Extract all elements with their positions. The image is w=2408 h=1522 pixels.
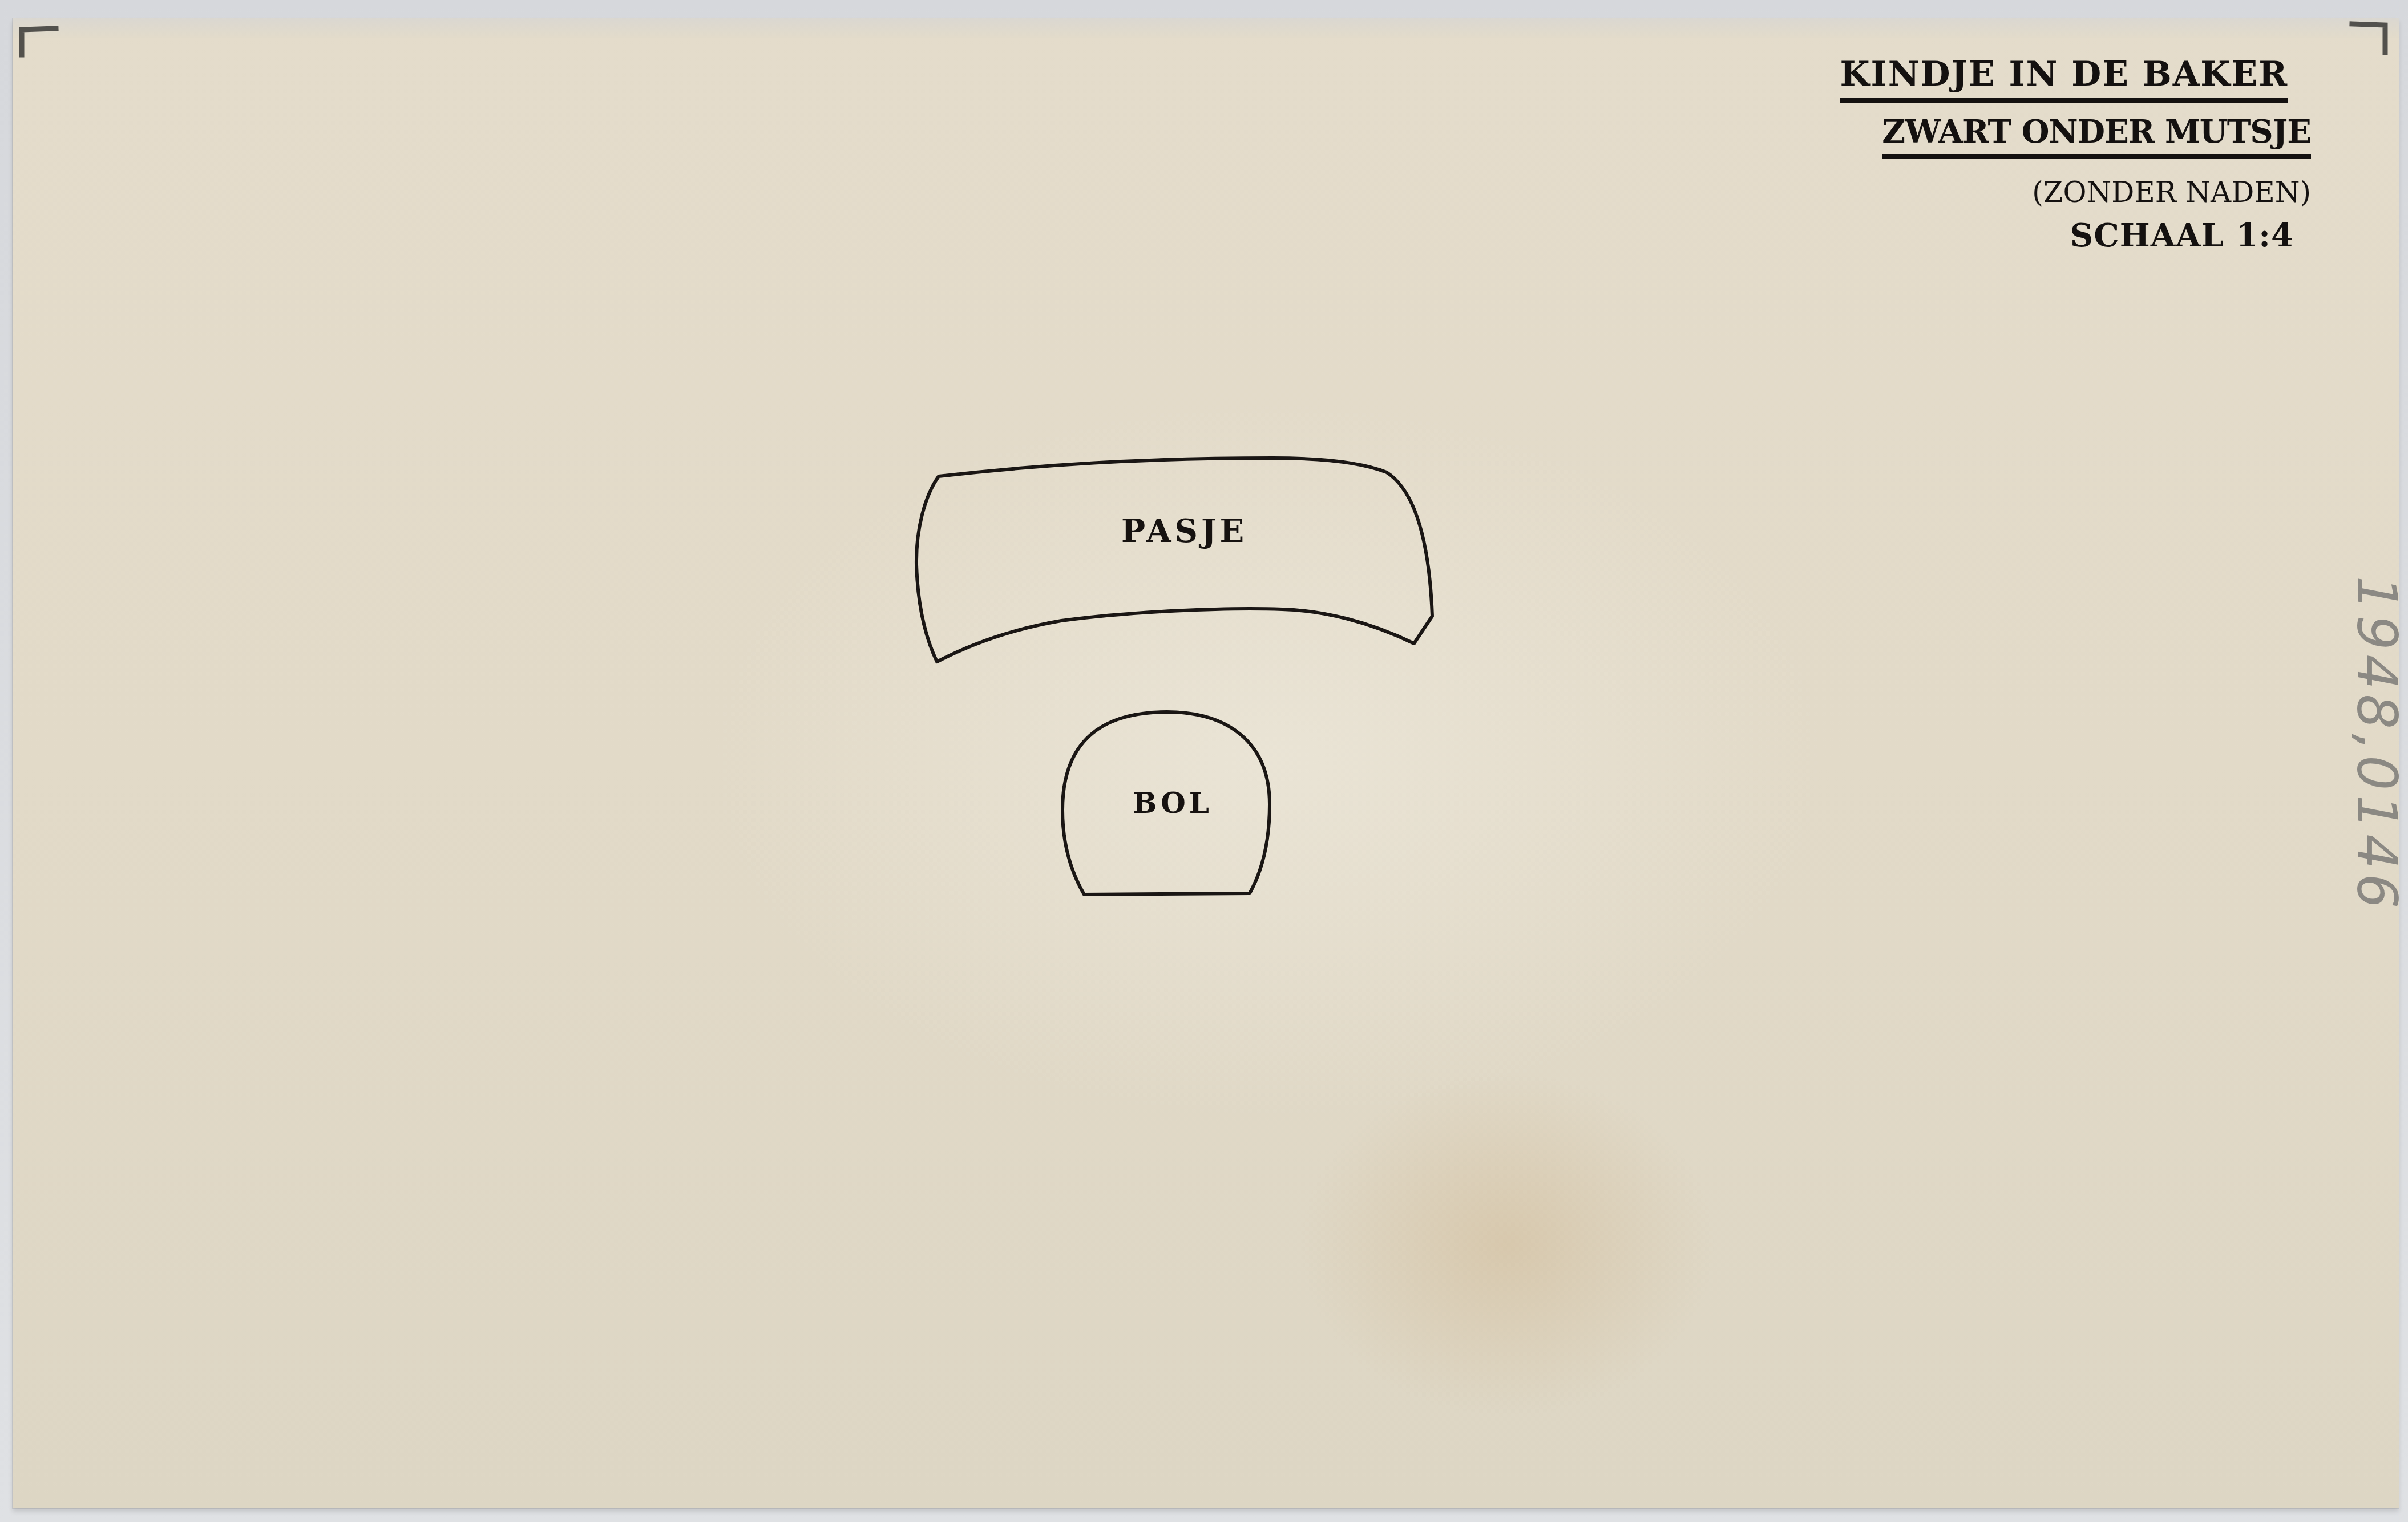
title-block: KINDJE IN DE BAKER ZWART ONDER MUTSJE (Z… [1837,46,2340,274]
title-line-3: (ZONDER NADEN) [2032,176,2311,209]
title-line-2: ZWART ONDER MUTSJE [1882,113,2311,159]
crop-mark-top-left-icon [22,29,56,55]
bol-label: BOL [1133,786,1213,820]
title-line-1: KINDJE IN DE BAKER [1840,54,2288,103]
pasje-outline [916,458,1432,662]
crop-mark-top-right-icon [2352,24,2385,52]
pasje-label: PASJE [1121,512,1247,550]
title-line-4: SCHAAL 1:4 [2070,217,2294,254]
